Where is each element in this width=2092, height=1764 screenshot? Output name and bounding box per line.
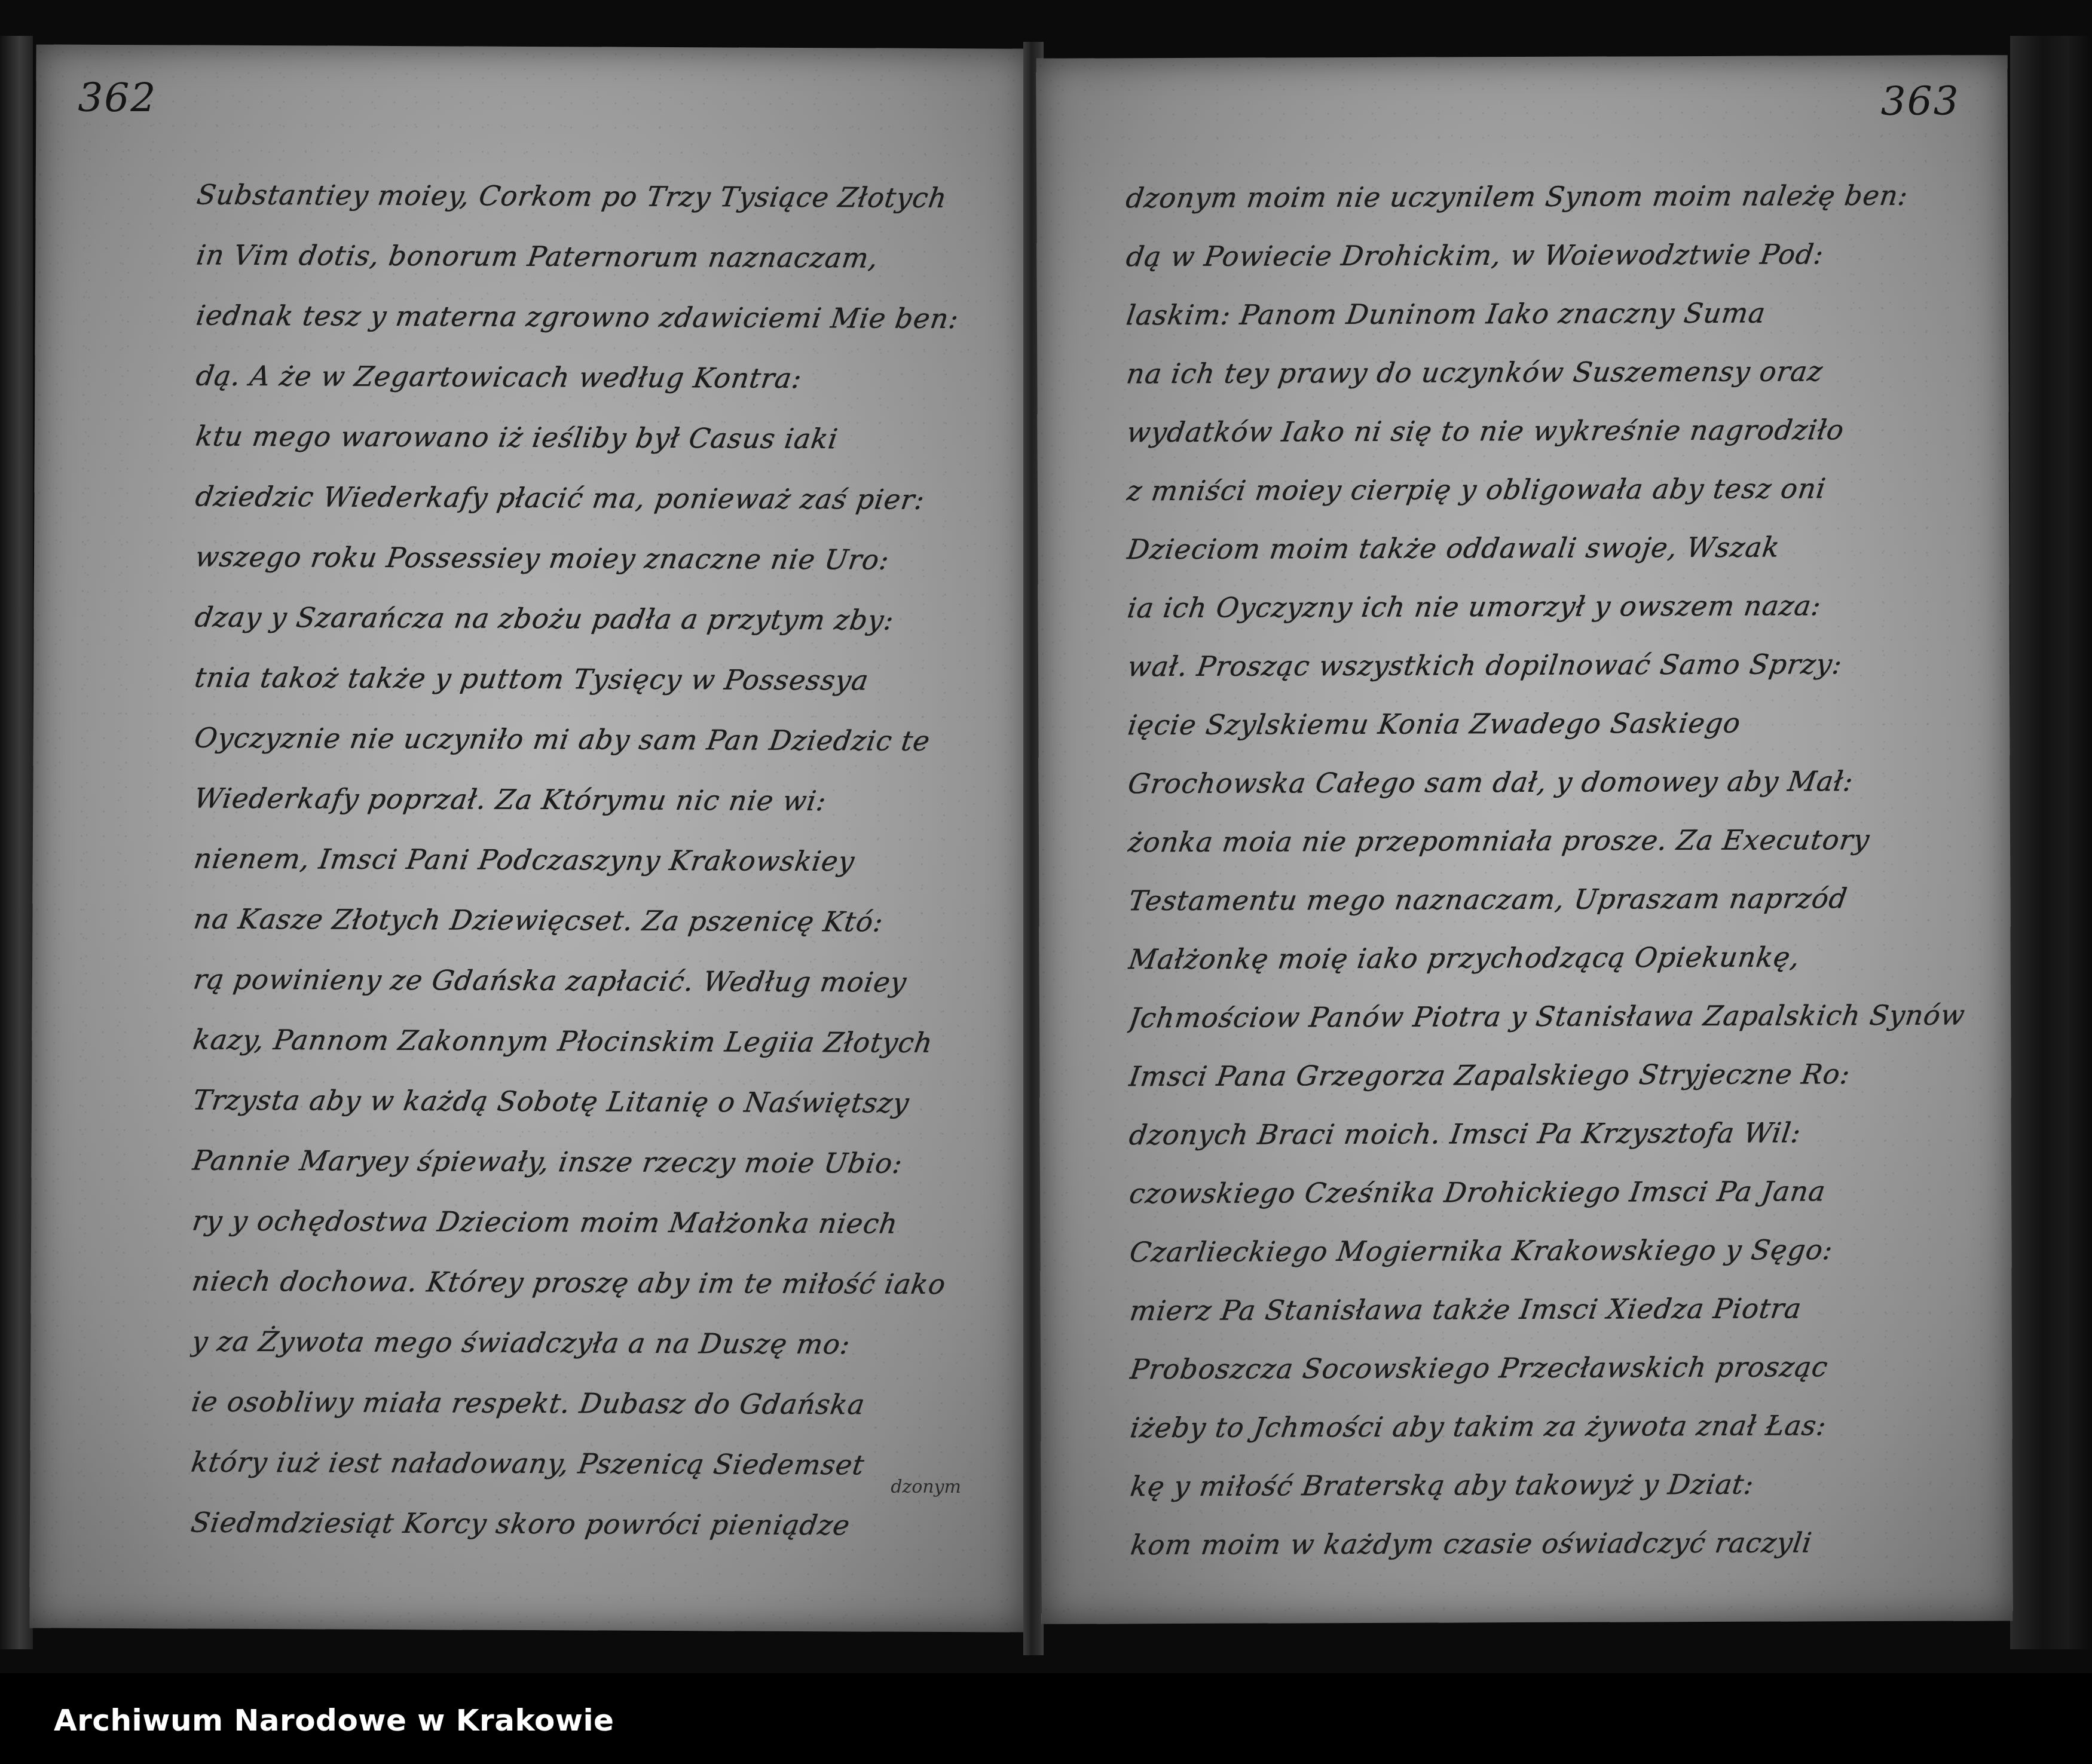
manuscript-line: Siedmdziesiąt Korcy skoro powróci pienią… (187, 1493, 1009, 1557)
manuscript-line: czowskiego Cześnika Drohickiego Imsci Pa… (1125, 1161, 1994, 1223)
manuscript-line: mierz Pa Stanisława także Imsci Xiedza P… (1126, 1278, 1995, 1340)
manuscript-line: kę y miłość Braterską aby takowyż y Dzia… (1127, 1454, 1995, 1515)
manuscript-line: dzay y Szarańcza na zbożu padła a przyty… (191, 587, 1013, 651)
manuscript-line: wał. Prosząc wszystkich dopilnować Samo … (1124, 634, 1992, 696)
manuscript-line: Imsci Pana Grzegorza Zapalskiego Stryjec… (1125, 1044, 1994, 1105)
manuscript-line: Grochowska Całego sam dał, y domowey aby… (1124, 751, 1993, 813)
manuscript-line: ktu mego warowano iż ieśliby był Casus i… (192, 406, 1014, 470)
manuscript-line: na Kasze Złotych Dziewięcset. Za pszenic… (189, 889, 1011, 953)
manuscript-line: Czarlieckiego Mogiernika Krakowskiego y … (1126, 1220, 1995, 1281)
manuscript-line: dą w Powiecie Drohickim, w Woiewodztwie … (1123, 224, 1991, 286)
catchword: dzonym (891, 1477, 961, 1498)
manuscript-line: iżeby to Jchmości aby takim za żywota zn… (1127, 1395, 1995, 1457)
manuscript-line: tnia takoż także y puttom Tysięcy w Poss… (191, 648, 1013, 712)
left-page: 362 Substantiey moiey, Corkom po Trzy Ty… (29, 44, 1032, 1632)
manuscript-line: laskim: Panom Duninom Iako znaczny Suma (1123, 283, 1991, 344)
right-page: 363 dzonym moim nie uczynilem Synom moim… (1036, 55, 2013, 1624)
archive-footer: Archiwum Narodowe w Krakowie (0, 1673, 2092, 1764)
manuscript-line: który iuż iest naładowany, Pszenicą Sied… (187, 1432, 1009, 1496)
manuscript-line: ry y ochędostwa Dzieciom moim Małżonka n… (188, 1191, 1010, 1255)
manuscript-line: in Vim dotis, bonorum Paternorum naznacz… (192, 225, 1014, 289)
manuscript-line: Małżonkę moię iako przychodzącą Opiekunk… (1125, 927, 1993, 988)
manuscript-line: Trzysta aby w każdą Sobotę Litanię o Naś… (189, 1070, 1011, 1134)
manuscript-line: Proboszcza Socowskiego Przecławskich pro… (1126, 1337, 1995, 1398)
manuscript-line: na ich tey prawy do uczynków Suszemensy … (1123, 341, 1992, 403)
manuscript-line: niech dochowa. Którey proszę aby im te m… (188, 1251, 1010, 1315)
archive-label: Archiwum Narodowe w Krakowie (54, 1703, 614, 1738)
manuscript-line: dą. A że w Zegartowicach według Kontra: (192, 346, 1014, 410)
manuscript-line: Jchmościow Panów Piotra y Stanisława Zap… (1125, 985, 1993, 1047)
manuscript-line: Testamentu mego naznaczam, Upraszam napr… (1125, 868, 1993, 930)
right-page-text: dzonym moim nie uczynilem Synom moim nal… (1126, 166, 1992, 1574)
scan-frame: 362 Substantiey moiey, Corkom po Trzy Ty… (0, 0, 2092, 1673)
manuscript-line: Dzieciom moim także oddawali swoje, Wsza… (1124, 517, 1992, 578)
manuscript-line: Wiederkafy poprzał. Za Którymu nic nie w… (190, 768, 1012, 832)
manuscript-line: Pannie Maryey śpiewały, insze rzeczy moi… (188, 1131, 1010, 1195)
manuscript-line: kazy, Pannom Zakonnym Płocinskim Legiia … (189, 1010, 1011, 1074)
folio-number-left: 362 (78, 75, 157, 121)
manuscript-line: wszego roku Possessiey moiey znaczne nie… (191, 527, 1013, 591)
manuscript-line: kom moim w każdym czasie oświadczyć racz… (1127, 1512, 1995, 1574)
manuscript-line: Substantiey moiey, Corkom po Trzy Tysiąc… (192, 165, 1014, 229)
manuscript-line: dziedzic Wiederkafy płacić ma, ponieważ … (191, 467, 1013, 531)
manuscript-line: ia ich Oyczyzny ich nie umorzył y owszem… (1124, 575, 1992, 637)
book-edge-left (0, 36, 33, 1649)
manuscript-line: Oyczyznie nie uczyniło mi aby sam Pan Dz… (190, 708, 1012, 772)
manuscript-line: ięcie Szylskiemu Konia Zwadego Saskiego (1124, 693, 1993, 754)
manuscript-line: dzonym moim nie uczynilem Synom moim nal… (1123, 166, 1991, 227)
manuscript-line: żonka moia nie przepomniała prosze. Za E… (1124, 810, 1993, 871)
left-page-text: Substantiey moiey, Corkom po Trzy Tysiąc… (191, 165, 1010, 1557)
manuscript-line: y za Żywota mego świadczyła a na Duszę m… (188, 1312, 1010, 1376)
manuscript-line: dzonych Braci moich. Imsci Pa Krzysztofa… (1125, 1102, 1994, 1164)
manuscript-line: z mniści moiey cierpię y obligowała aby … (1123, 458, 1992, 520)
book-edge-right (2010, 36, 2092, 1649)
manuscript-line: nienem, Imsci Pani Podczaszyny Krakowski… (190, 829, 1012, 893)
manuscript-line: wydatków Iako ni się to nie wykreśnie na… (1123, 400, 1992, 461)
manuscript-line: rą powinieny ze Gdańska zapłacić. Według… (189, 950, 1011, 1013)
folio-number-right: 363 (1881, 78, 1960, 124)
manuscript-line: iednak tesz y materna zgrowno zdawiciemi… (192, 286, 1014, 350)
manuscript-line: ie osobliwy miała respekt. Dubasz do Gda… (188, 1372, 1010, 1436)
